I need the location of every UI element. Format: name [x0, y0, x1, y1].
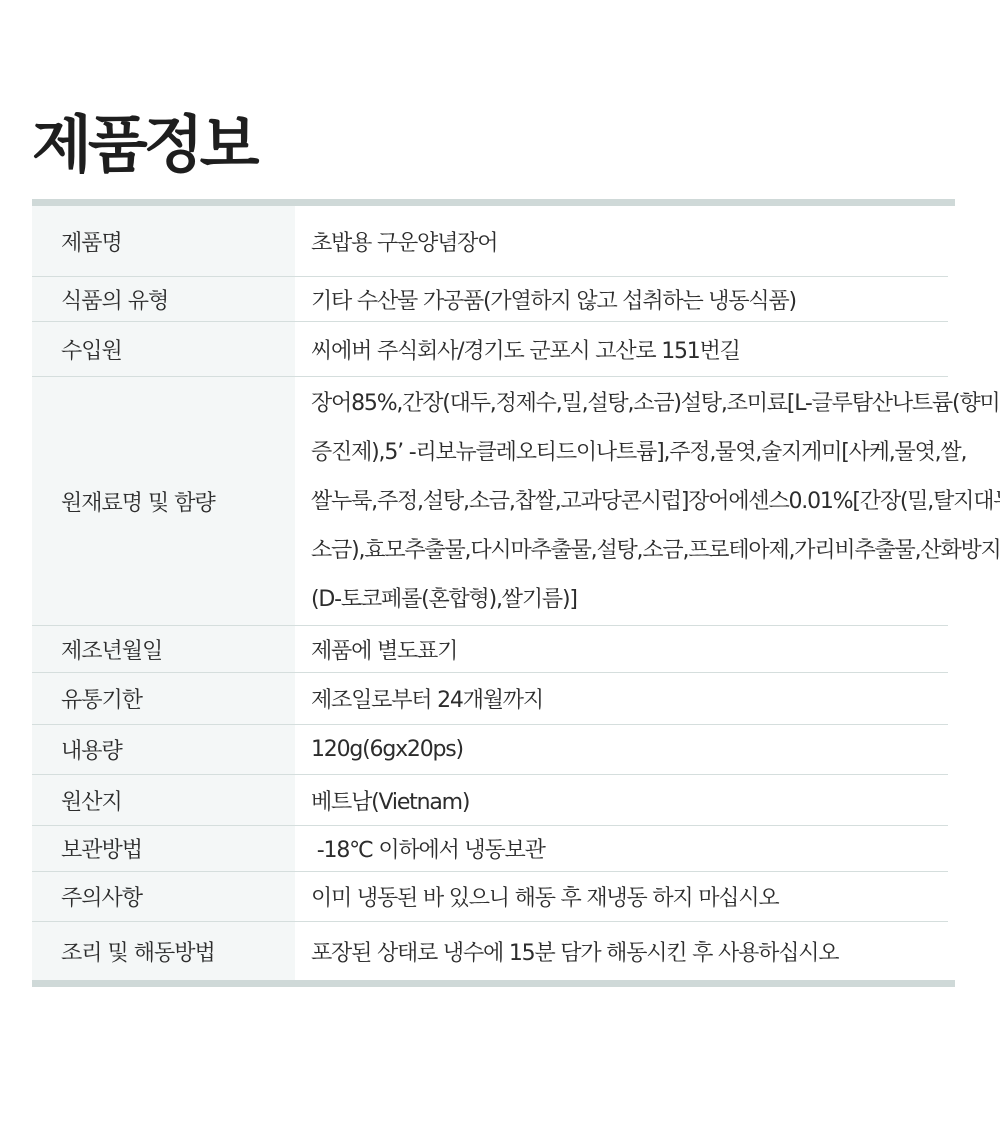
ingredients-line: 소금),효모추출물,다시마추출물,설탕,소금,프로테아제,가리비추출물,산화방지… [311, 526, 1000, 575]
table-row-caution: 주의사항 이미 냉동된 바 있으니 해동 후 재냉동 하지 마십시오 [32, 872, 948, 922]
row-label: 제조년월일 [32, 634, 295, 665]
row-label: 유통기한 [32, 683, 295, 714]
row-value: 제품에 별도표기 [295, 634, 457, 665]
row-label: 원산지 [32, 785, 295, 816]
row-label: 식품의 유형 [32, 284, 295, 315]
row-value: 이미 냉동된 바 있으니 해동 후 재냉동 하지 마십시오 [295, 881, 778, 912]
table-row-manufacture-date: 제조년월일 제품에 별도표기 [32, 626, 948, 673]
row-value: 120g(6gx20ps) [295, 737, 463, 762]
row-label: 수입원 [32, 334, 295, 365]
ingredients-line: 증진제),5’ -리보뉴클레오티드이나트륨],주정,물엿,술지게미[사케,물엿,… [311, 428, 1000, 477]
table-bottom-bar [32, 980, 955, 987]
row-value: 기타 수산물 가공품(가열하지 않고 섭취하는 냉동식품) [295, 284, 796, 315]
row-label: 보관방법 [32, 833, 295, 864]
row-value-ingredients: 장어85%,간장(대두,정제수,밀,설탕,소금)설탕,조미료[L-글루탐산나트륨… [295, 377, 1000, 626]
ingredients-line: 장어85%,간장(대두,정제수,밀,설탕,소금)설탕,조미료[L-글루탐산나트륨… [311, 379, 1000, 428]
row-label: 제품명 [32, 226, 295, 257]
product-info-table: 제품명 초밥용 구운양념장어 식품의 유형 기타 수산물 가공품(가열하지 않고… [32, 199, 955, 987]
table-row-importer: 수입원 씨에버 주식회사/경기도 군포시 고산로 151번길 [32, 322, 948, 377]
row-value: 초밥용 구운양념장어 [295, 226, 497, 257]
table-row-cooking: 조리 및 해동방법 포장된 상태로 냉수에 15분 담가 해동시킨 후 사용하십… [32, 922, 948, 980]
row-label: 조리 및 해동방법 [32, 936, 295, 967]
table-row-storage: 보관방법 -18℃ 이하에서 냉동보관 [32, 826, 948, 872]
row-label: 원재료명 및 함량 [32, 486, 295, 517]
table-top-bar [32, 199, 955, 206]
row-value: 베트남(Vietnam) [295, 785, 469, 816]
row-value: -18℃ 이하에서 냉동보관 [295, 833, 545, 864]
row-label: 주의사항 [32, 881, 295, 912]
table-row-ingredients: 원재료명 및 함량 장어85%,간장(대두,정제수,밀,설탕,소금)설탕,조미료… [32, 377, 948, 626]
table-body: 제품명 초밥용 구운양념장어 식품의 유형 기타 수산물 가공품(가열하지 않고… [32, 206, 948, 980]
ingredients-line: 쌀누룩,주정,설탕,소금,찹쌀,고과당콘시럽]장어에센스0.01%[간장(밀,탈… [311, 477, 1000, 526]
ingredients-line: (D-토코페롤(혼합형),쌀기름)] [311, 575, 1000, 624]
table-row-expiry: 유통기한 제조일로부터 24개월까지 [32, 673, 948, 725]
table-row-net-weight: 내용량 120g(6gx20ps) [32, 725, 948, 775]
row-value: 제조일로부터 24개월까지 [295, 683, 543, 714]
page-title: 제품정보 [32, 108, 256, 182]
row-value: 포장된 상태로 냉수에 15분 담가 해동시킨 후 사용하십시오 [295, 936, 838, 967]
row-value: 씨에버 주식회사/경기도 군포시 고산로 151번길 [295, 334, 740, 365]
table-row-product-name: 제품명 초밥용 구운양념장어 [32, 206, 948, 277]
row-label: 내용량 [32, 734, 295, 765]
table-row-food-type: 식품의 유형 기타 수산물 가공품(가열하지 않고 섭취하는 냉동식품) [32, 277, 948, 322]
table-row-origin: 원산지 베트남(Vietnam) [32, 775, 948, 826]
